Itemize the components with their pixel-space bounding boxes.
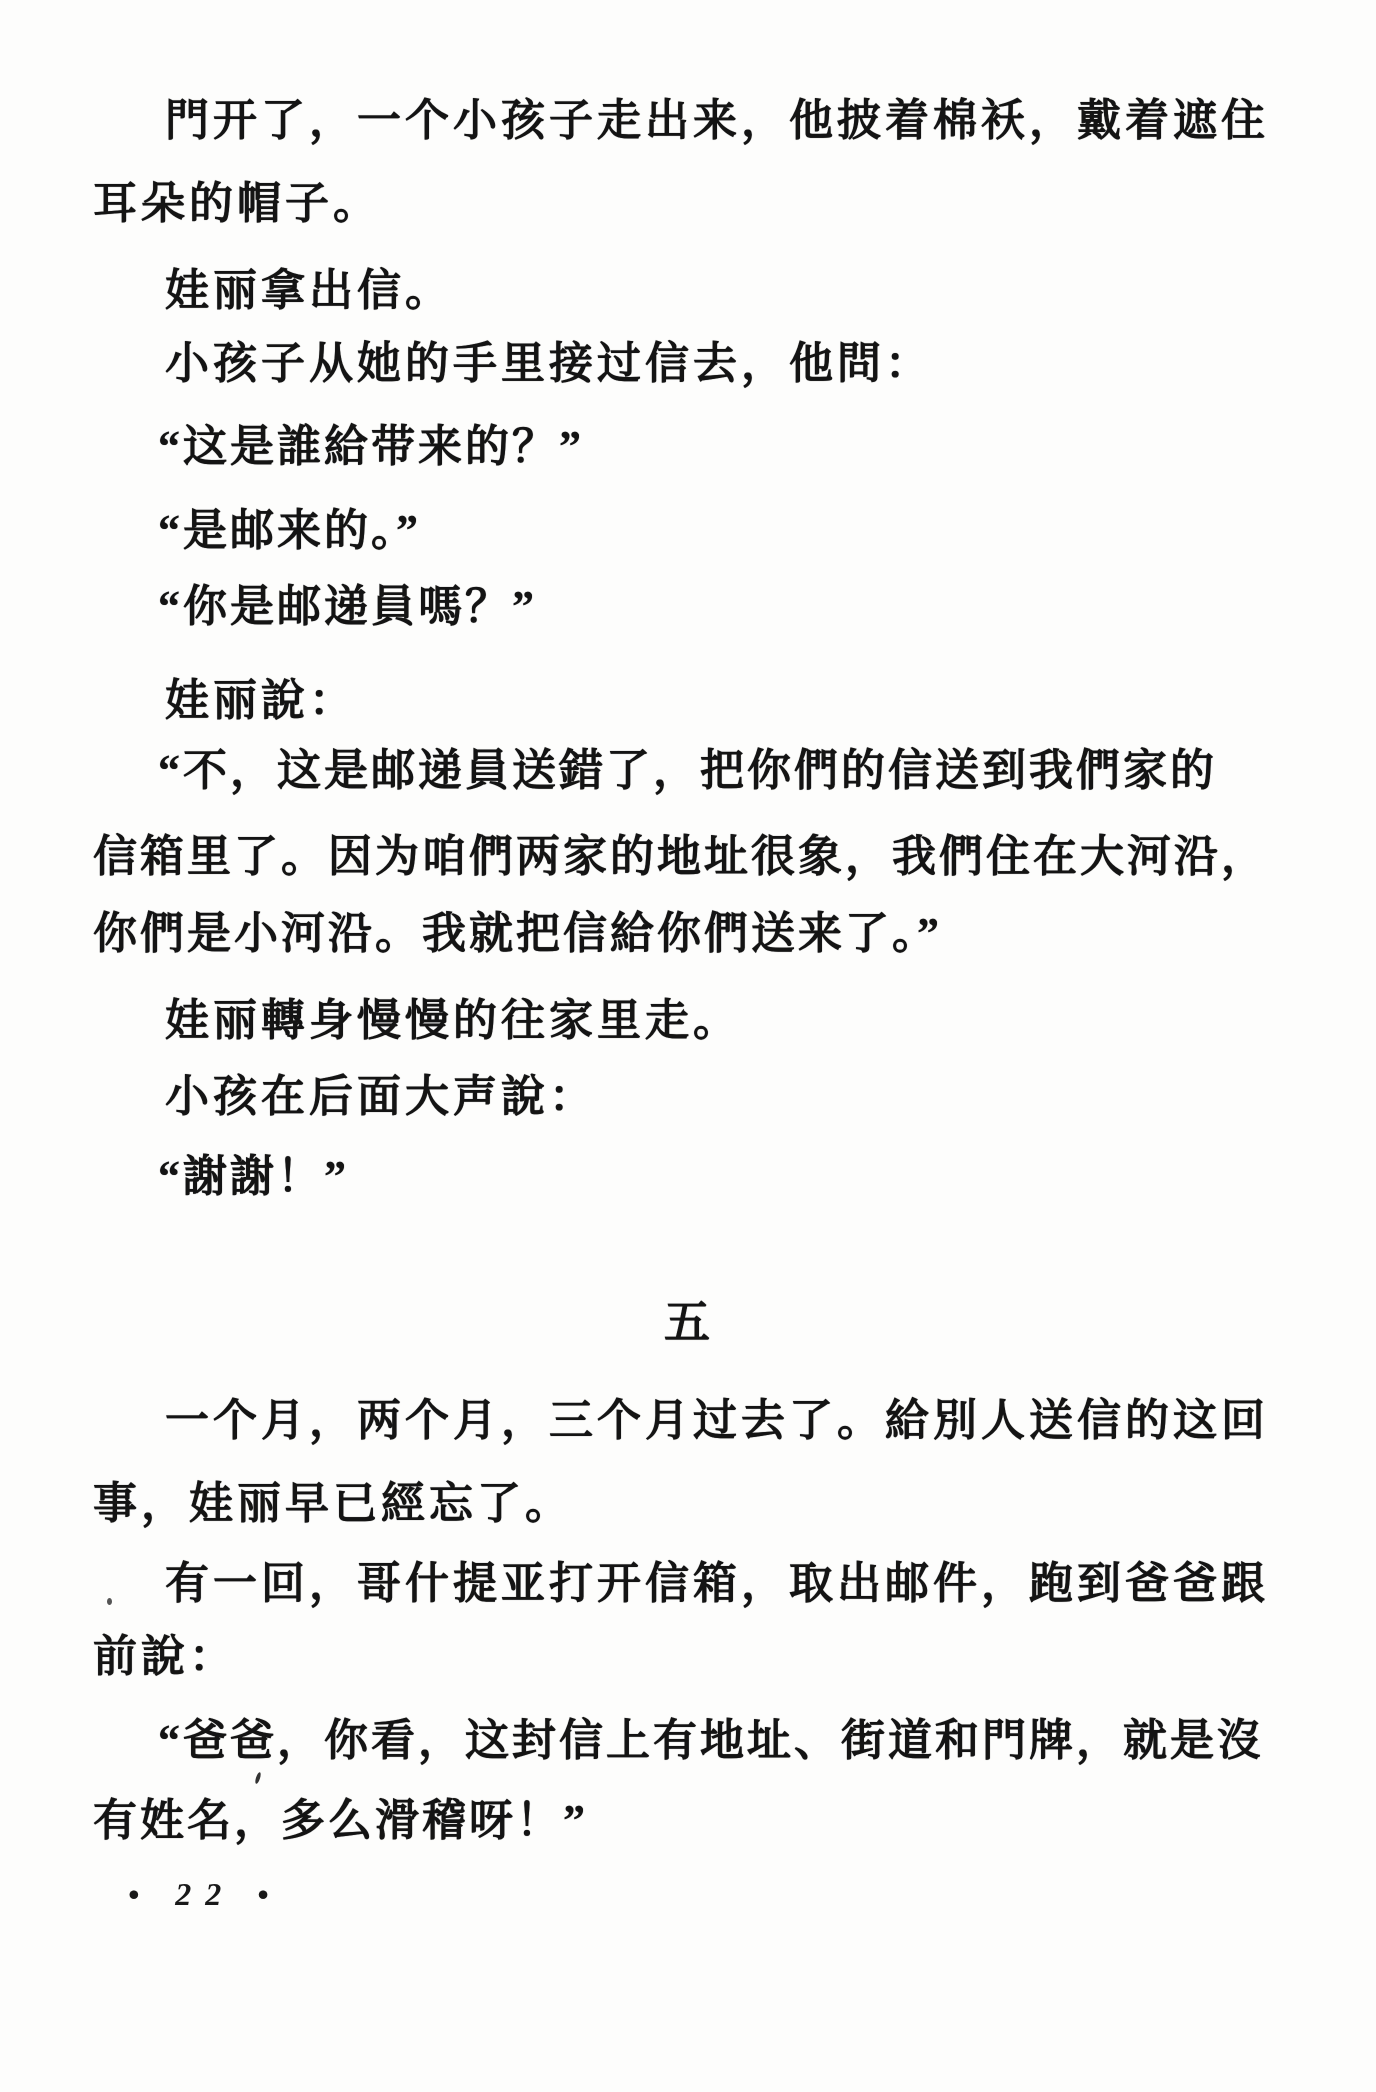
paragraph-line: 娃丽拿出信。 [165,265,453,317]
paragraph-line: 小孩子从她的手里接过信去，他問： [165,338,933,390]
paragraph-line: 娃丽轉身慢慢的往家里走。 [165,995,741,1047]
paragraph-line: 有一回，哥什提亚打开信箱，取出邮件，跑到爸爸跟 [165,1558,1269,1610]
paragraph-line: 耳朵的帽子。 [93,178,381,230]
dialogue-line: 信箱里了。因为咱們两家的地址很象，我們住在大河沿， [93,831,1268,883]
paragraph-line: 前說： [93,1631,237,1683]
dialogue-line: 你們是小河沿。我就把信給你們送来了。” [93,908,942,960]
paragraph-line: 一个月，两个月，三个月过去了。給別人送信的这回 [165,1395,1269,1447]
paragraph-line: 門开了，一个小孩子走出来，他披着棉袄，戴着遮住 [165,95,1269,147]
section-heading: 五 [0,1286,1376,1352]
paragraph-line: 事，娃丽早已經忘了。 [93,1478,573,1530]
book-page: 門开了，一个小孩子走出来，他披着棉袄，戴着遮住 耳朵的帽子。 娃丽拿出信。 小孩… [0,0,1376,2092]
dialogue-line: “謝謝！” [158,1151,349,1203]
ink-speck [107,1598,112,1605]
dialogue-line: “你是邮递員嗎？” [158,581,537,633]
paragraph-line: 娃丽說： [165,675,357,727]
dialogue-line: “不，这是邮递員送錯了，把你們的信送到我們家的 [158,745,1217,797]
dialogue-line: “爸爸，你看，这封信上有地址、街道和門牌，就是沒 [158,1715,1264,1767]
dialogue-line: 有姓名，多么滑稽呀！” [93,1795,588,1847]
dialogue-line: “是邮来的。” [158,505,421,557]
dialogue-line: “这是誰給带来的？” [158,421,584,473]
page-number: • 22 • [128,1876,282,1913]
ink-speck [254,1772,262,1785]
paragraph-line: 小孩在后面大声說： [165,1071,597,1123]
